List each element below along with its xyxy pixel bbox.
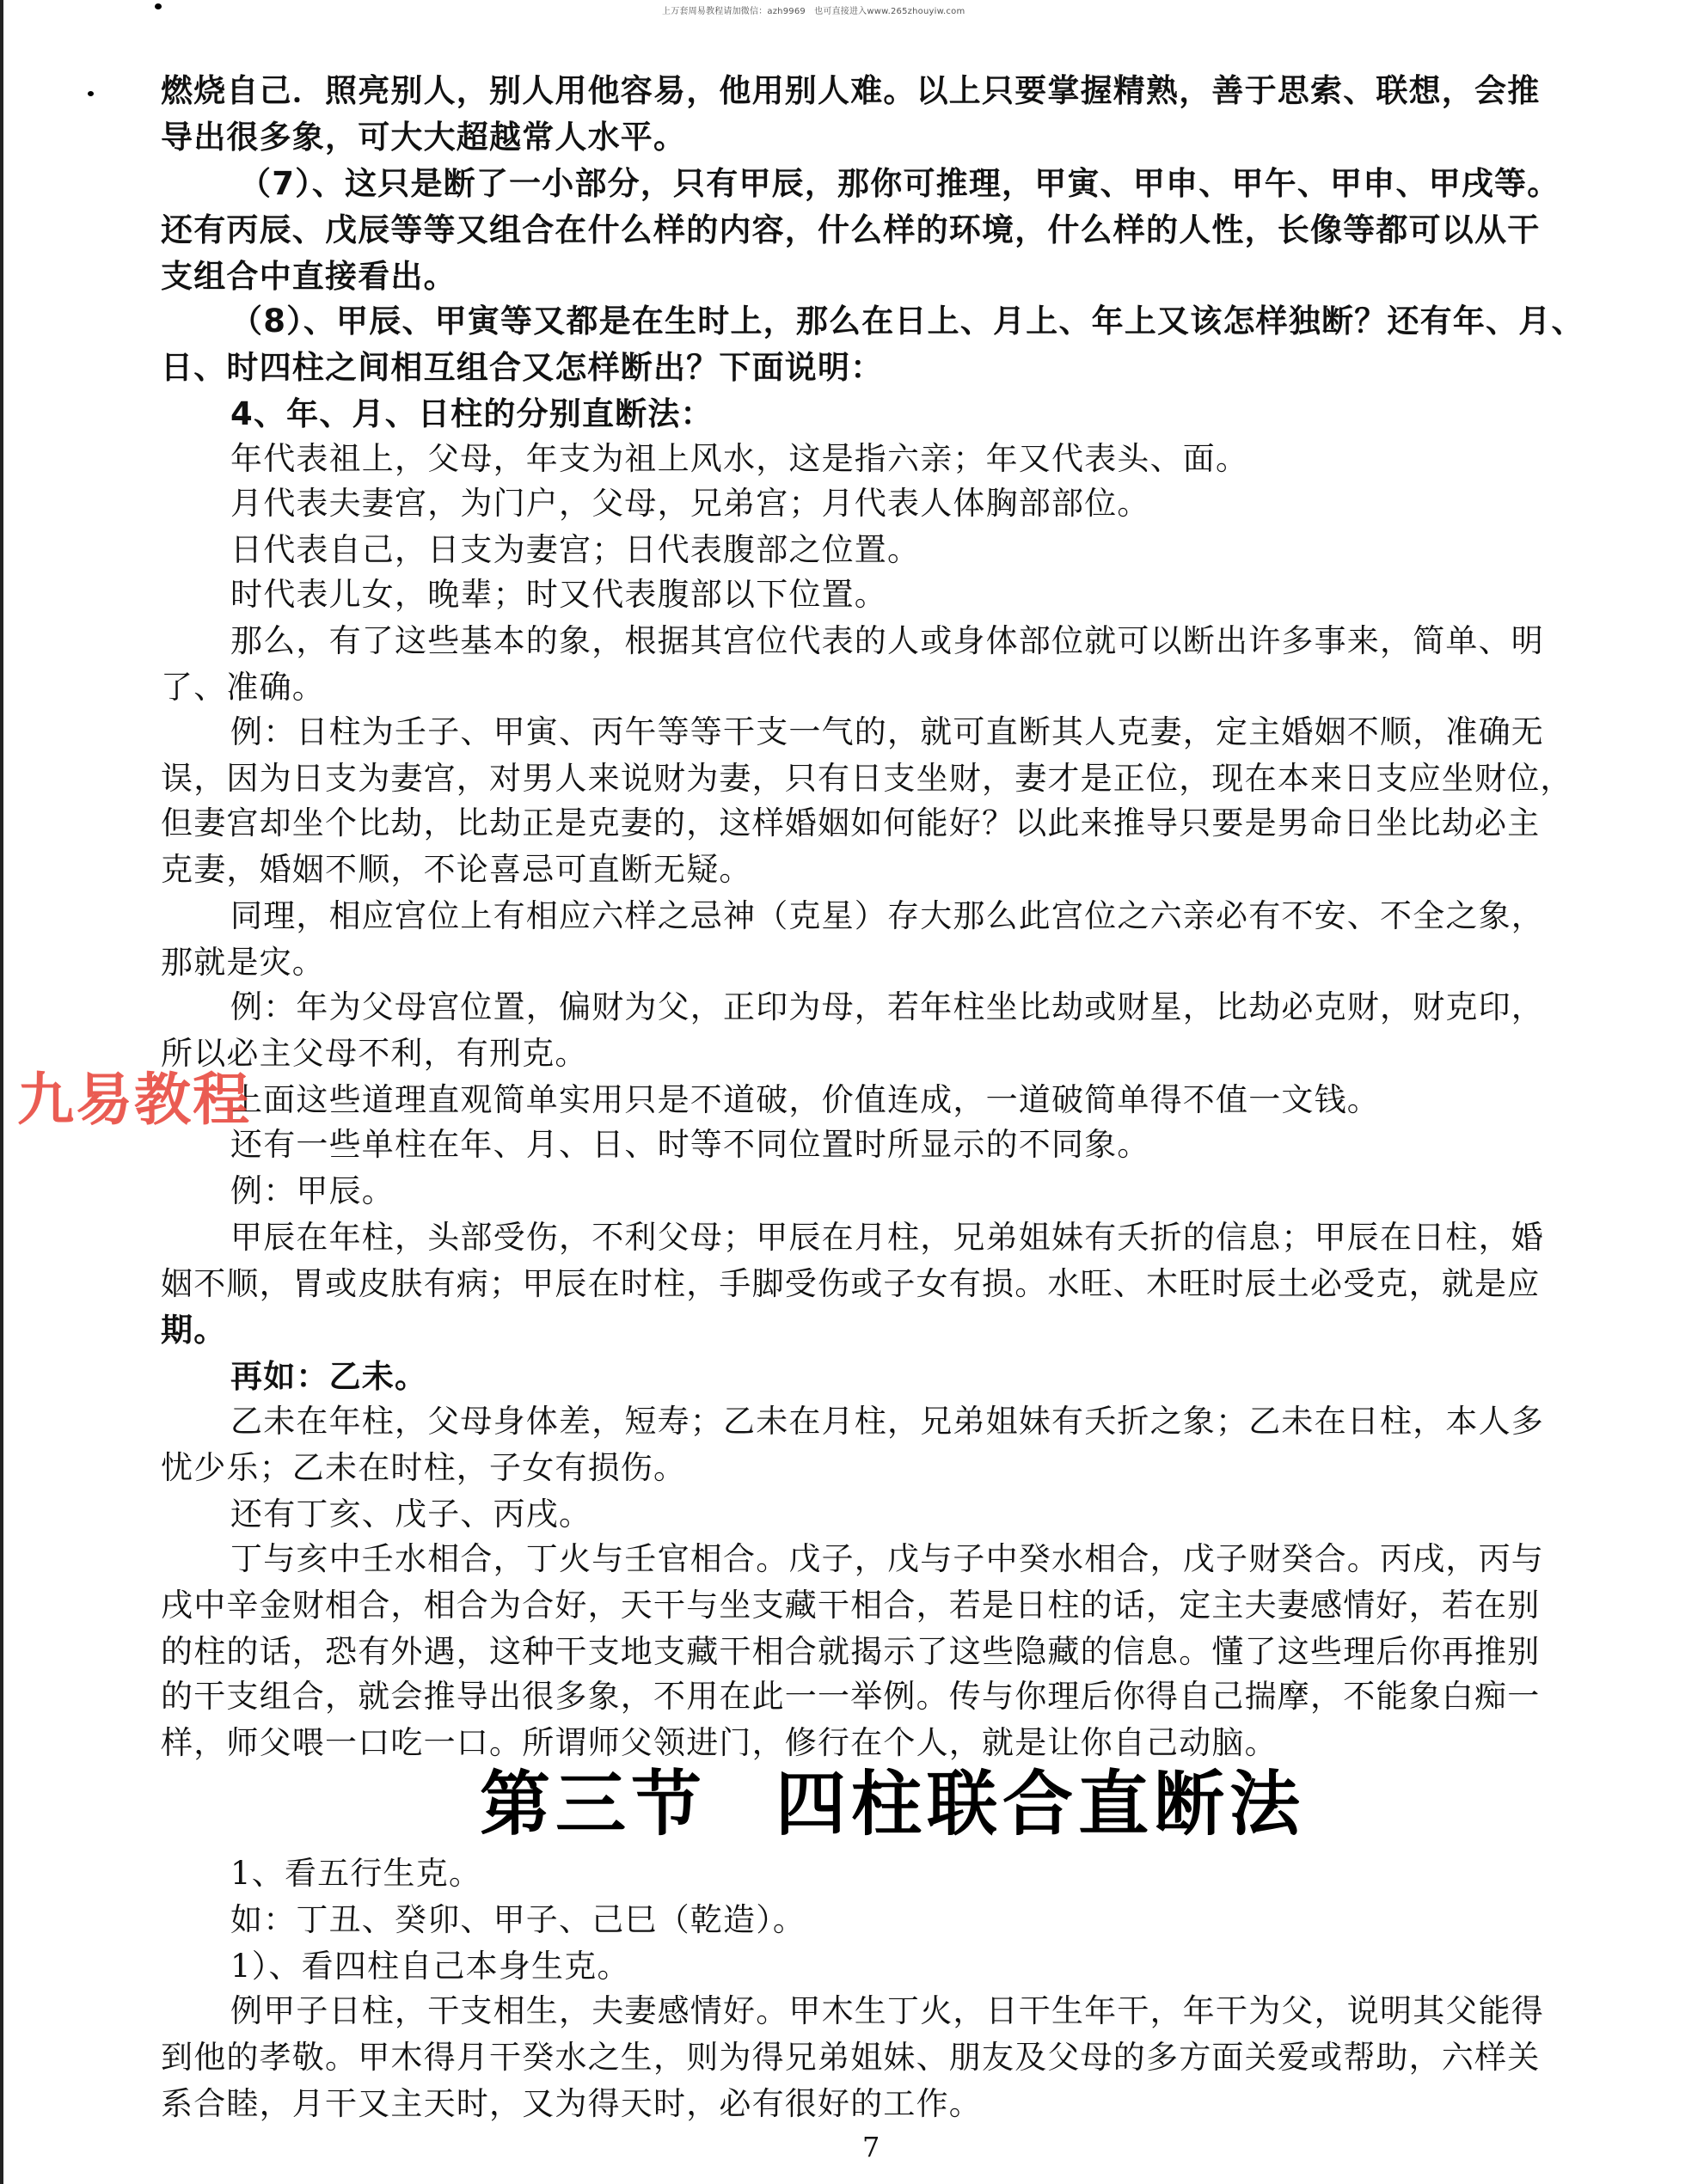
paragraph-line: 还有丙辰、戊辰等等又组合在什么样的内容，什么样的环境，什么样的人性，长像等都可以…: [161, 211, 1540, 249]
page-number: 7: [862, 2130, 880, 2164]
paragraph-line: 的柱的话，恐有外遇，这种干支地支藏干相合就揭示了这些隐藏的信息。懂了这些理后你再…: [161, 1633, 1540, 1671]
paragraph-line: 系合睦，月干又主天时，又为得天时，必有很好的工作。: [161, 2085, 982, 2123]
paragraph-line: 还有丁亥、戊子、丙戌。: [230, 1496, 591, 1533]
paragraph-line: 样，师父喂一口吃一口。所谓师父领进门，修行在个人，就是让你自己动脑。: [161, 1724, 1278, 1762]
subheading: 4、年、月、日柱的分别直断法：: [230, 395, 714, 433]
paragraph-line: 还有一些单柱在年、月、日、时等不同位置时所显示的不同象。: [230, 1126, 1150, 1164]
paragraph-line: 但妻宫却坐个比劫，比劫正是克妻的，这样婚姻如何能好？以此来推导只要是男命日坐比劫…: [161, 804, 1540, 842]
paragraph-line: 例甲子日柱，干支相生，夫妻感情好。甲木生丁火，日干生年干，年干为父，说明其父能得: [230, 1992, 1544, 2030]
watermark-logo: 九易教程: [17, 1066, 251, 1135]
paragraph-line: 姻不顺，胃或皮肤有病；甲辰在时柱，手脚受伤或子女有损。水旺、木旺时辰土必受克，就…: [161, 1265, 1540, 1303]
paragraph-line: 同理，相应宫位上有相应六样之忌神（克星）存大那么此宫位之六亲必有不安、不全之象，: [230, 897, 1544, 935]
pillar-day-line: 日代表自己，日支为妻宫；日代表腹部之位置。: [230, 531, 920, 569]
paragraph-line: 到他的孝敬。甲木得月干癸水之生，则为得兄弟姐妹、朋友及父母的多方面关爱或帮助，六…: [161, 2039, 1540, 2077]
paragraph-line: 期。: [161, 1312, 226, 1349]
section-item: 1、看五行生克。: [230, 1855, 481, 1893]
section-item: 1）、看四柱自己本身生克。: [230, 1948, 630, 1985]
paragraph-line: 例：日柱为壬子、甲寅、丙午等等干支一气的，就可直断其人克妻，定主婚姻不顺，准确无: [230, 713, 1544, 751]
pillar-month-line: 月代表夫妻宫，为门户，父母，兄弟宫；月代表人体胸部部位。: [230, 485, 1150, 523]
section-name: 四柱联合直断法: [775, 1764, 1305, 1845]
header-note: 上万套周易教程请加微信：azh9969 也可直接进入www.265zhouyiw…: [662, 3, 965, 16]
paragraph-line: 导出很多象，可大大超越常人水平。: [161, 119, 686, 156]
paragraph-line: 克妻，婚姻不顺，不论喜忌可直断无疑。: [161, 851, 752, 889]
paragraph-line: 支组合中直接看出。: [161, 258, 457, 296]
section-item: 如：丁丑、癸卯、甲子、己巳（乾造）。: [230, 1901, 806, 1939]
paragraph-line: 日、时四柱之间相互组合又怎样断出？下面说明：: [161, 349, 883, 387]
paragraph-line: 戌中辛金财相合，相合为合好，天干与坐支藏干相合，若是日柱的话，定主夫妻感情好，若…: [161, 1587, 1540, 1624]
example-label: 再如：乙未。: [230, 1358, 427, 1396]
paragraph-line: 丁与亥中壬水相合，丁火与壬官相合。戊子，戊与子中癸水相合，戊子财癸合。丙戌，丙与: [230, 1540, 1544, 1578]
paragraph-line: 甲辰在年柱，头部受伤，不利父母；甲辰在月柱，兄弟姐妹有夭折的信息；甲辰在日柱，婚: [230, 1219, 1544, 1257]
section-title: 第三节四柱联合直断法: [480, 1764, 1305, 1846]
paragraph-line: 误，因为日支为妻宫，对男人来说财为妻，只有日支坐财，妻才是正位，现在本来日支应坐…: [161, 760, 1573, 798]
scan-speck: [155, 3, 162, 9]
paragraph-line: 那么，有了这些基本的象，根据其宫位代表的人或身体部位就可以断出许多事来，简单、明: [230, 622, 1544, 660]
scan-speck: [88, 91, 94, 96]
paragraph-line: 了、准确。: [161, 669, 325, 707]
paragraph-line: 乙未在年柱，父母身体差，短寿；乙未在月柱，兄弟姐妹有夭折之象；乙未在日柱，本人多: [230, 1403, 1544, 1441]
paragraph-line: 忧少乐；乙未在时柱，子女有损伤。: [161, 1449, 686, 1487]
paragraph-line: （7）、这只是断了一小部分，只有甲辰，那你可推理，甲寅、甲申、甲午、甲申、甲戌等…: [239, 165, 1560, 203]
paragraph-line: 例：年为父母宫位置，偏财为父，正印为母，若年柱坐比劫或财星，比劫必克财，财克印，: [230, 988, 1544, 1026]
paragraph-line: （8）、甲辰、甲寅等又都是在生时上，那么在日上、月上、年上又该怎样独断？还有年、…: [230, 303, 1584, 340]
pillar-hour-line: 时代表儿女，晚辈；时又代表腹部以下位置。: [230, 576, 887, 614]
section-number: 第三节: [480, 1764, 707, 1845]
scan-edge-rule: [0, 0, 3, 2184]
paragraph-line: 那就是灾。: [161, 944, 325, 982]
pillar-year-line: 年代表祖上，父母，年支为祖上风水，这是指六亲；年又代表头、面。: [230, 440, 1248, 478]
paragraph-line: 燃烧自己．照亮别人，别人用他容易，他用别人难。以上只要掌握精熟，善于思索、联想，…: [161, 72, 1540, 110]
example-label: 例：甲辰。: [230, 1172, 395, 1210]
paragraph-line: 上面这些道理直观简单实用只是不道破，价值连成，一道破简单得不值一文钱。: [230, 1081, 1380, 1119]
paragraph-line: 的干支组合，就会推导出很多象，不用在此一一举例。传与你理后你得自己揣摩，不能象白…: [161, 1678, 1540, 1716]
